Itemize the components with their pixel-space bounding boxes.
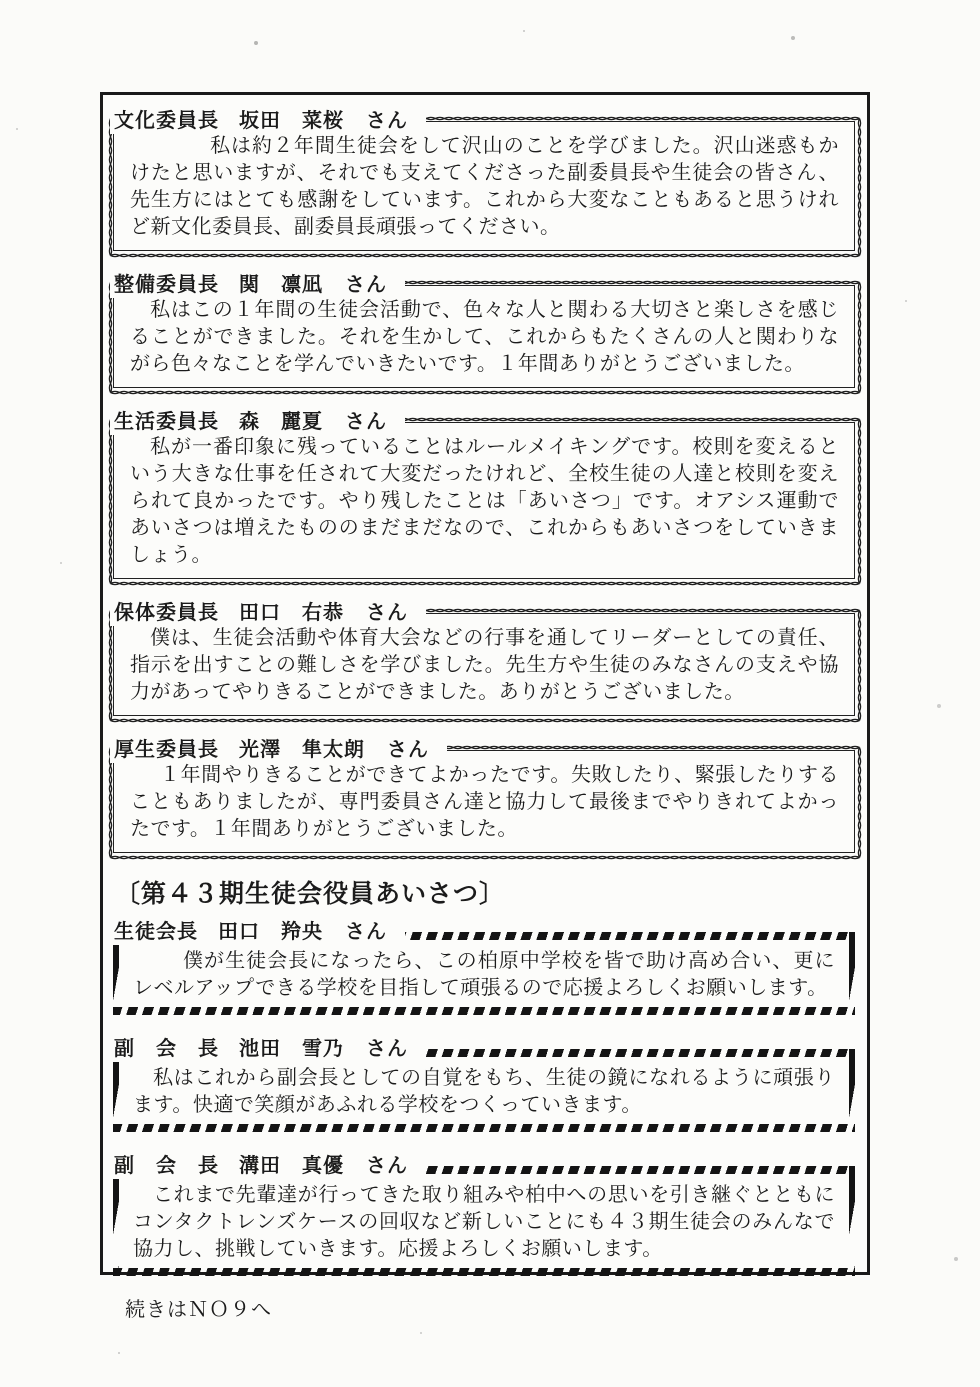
- new-officers-heading: 〔第４３期生徒会役員あいさつ〕: [115, 879, 867, 909]
- farewell-section-kosei: 厚生委員長光澤 隼太朗さん １年間やりきることができてよかったです。失敗したり、…: [113, 737, 855, 853]
- honorific: さん: [366, 1155, 408, 1177]
- farewell-section-seikatsu: 生活委員長森 麗夏さん 私が一番印象に残っていることはルールメイキングです。校則…: [113, 409, 855, 579]
- message-box: 私が一番印象に残っていることはルールメイキングです。校則を変えるという大きな仕事…: [113, 422, 855, 579]
- message-box: 私は約２年間生徒会をして沢山のことを学びました。沢山迷惑もかけたと思いますが、そ…: [113, 121, 855, 251]
- role-label: 厚生委員長: [114, 739, 219, 761]
- section-title: 整備委員長関 凛凪さん: [110, 272, 405, 298]
- person-name: 池田 雪乃: [239, 1038, 344, 1060]
- section-title: 副 会 長池田 雪乃さん: [110, 1036, 426, 1062]
- section-title-row: 生活委員長森 麗夏さん: [110, 409, 855, 435]
- honorific: さん: [345, 274, 387, 296]
- message-box: 私はこの１年間の生徒会活動で、色々な人と関わる大切さと楽しさを感じることができま…: [113, 285, 855, 388]
- continuation-note: 続きはＮＯ９へ: [125, 1297, 867, 1323]
- person-name: 田口 右恭: [239, 602, 344, 624]
- section-title-row: 生徒会長田口 羚央さん: [110, 919, 855, 945]
- section-title: 保体委員長田口 右恭さん: [110, 600, 426, 626]
- section-title-row: 文化委員長坂田 菜桜さん: [110, 108, 855, 134]
- message-text: 私はこれから副会長としての自覚をもち、生徒の鏡になれるように頑張ります。快適で笑…: [133, 1065, 835, 1119]
- message-box: これまで先輩達が行ってきた取り組みや柏中への思いを引き継ぐとともにコンタクトレン…: [113, 1166, 855, 1276]
- section-title: 生徒会長田口 羚央さん: [110, 919, 405, 945]
- honorific: さん: [387, 739, 429, 761]
- section-title-row: 厚生委員長光澤 隼太朗さん: [110, 737, 855, 763]
- message-text: 僕は、生徒会活動や体育大会などの行事を通してリーダーとしての責任、指示を出すこと…: [130, 625, 839, 706]
- person-name: 坂田 菜桜: [239, 110, 344, 132]
- farewell-section-seibi: 整備委員長関 凛凪さん 私はこの１年間の生徒会活動で、色々な人と関わる大切さと楽…: [113, 272, 855, 388]
- honorific: さん: [366, 110, 408, 132]
- honorific: さん: [366, 602, 408, 624]
- farewell-section-hotai: 保体委員長田口 右恭さん 僕は、生徒会活動や体育大会などの行事を通してリーダーと…: [113, 600, 855, 716]
- page-frame: 文化委員長坂田 菜桜さん 私は約２年間生徒会をして沢山のことを学びました。沢山迷…: [100, 92, 870, 1275]
- greeting-section-fukukaicho-mizota: 副 会 長溝田 真優さん これまで先輩達が行ってきた取り組みや柏中への思いを引き…: [113, 1153, 855, 1276]
- person-name: 田口 羚央: [218, 921, 323, 943]
- section-title: 文化委員長坂田 菜桜さん: [110, 108, 426, 134]
- honorific: さん: [345, 411, 387, 433]
- person-name: 溝田 真優: [239, 1155, 344, 1177]
- greeting-section-fukukaicho-ikeda: 副 会 長池田 雪乃さん 私はこれから副会長としての自覚をもち、生徒の鏡になれる…: [113, 1036, 855, 1132]
- message-text: 私が一番印象に残っていることはルールメイキングです。校則を変えるという大きな仕事…: [130, 434, 839, 569]
- role-label: 生活委員長: [114, 411, 219, 433]
- person-name: 光澤 隼太朗: [239, 739, 365, 761]
- role-label: 副 会 長: [114, 1038, 219, 1060]
- section-title: 生活委員長森 麗夏さん: [110, 409, 405, 435]
- message-text: １年間やりきることができてよかったです。失敗したり、緊張したりすることもありまし…: [130, 762, 839, 843]
- section-title-row: 保体委員長田口 右恭さん: [110, 600, 855, 626]
- message-text: 私はこの１年間の生徒会活動で、色々な人と関わる大切さと楽しさを感じることができま…: [130, 297, 839, 378]
- section-title-row: 副 会 長溝田 真優さん: [110, 1153, 855, 1179]
- greeting-section-kaicho: 生徒会長田口 羚央さん 僕が生徒会長になったら、この柏原中学校を皆で助け高め合い…: [113, 919, 855, 1015]
- farewell-section-bunka: 文化委員長坂田 菜桜さん 私は約２年間生徒会をして沢山のことを学びました。沢山迷…: [113, 108, 855, 251]
- message-box: 僕は、生徒会活動や体育大会などの行事を通してリーダーとしての責任、指示を出すこと…: [113, 613, 855, 716]
- honorific: さん: [345, 921, 387, 943]
- honorific: さん: [366, 1038, 408, 1060]
- role-label: 整備委員長: [114, 274, 219, 296]
- section-title-row: 副 会 長池田 雪乃さん: [110, 1036, 855, 1062]
- message-text: これまで先輩達が行ってきた取り組みや柏中への思いを引き継ぐとともにコンタクトレン…: [133, 1182, 835, 1263]
- role-label: 保体委員長: [114, 602, 219, 624]
- message-box: １年間やりきることができてよかったです。失敗したり、緊張したりすることもありまし…: [113, 750, 855, 853]
- role-label: 文化委員長: [114, 110, 219, 132]
- person-name: 関 凛凪: [239, 274, 323, 296]
- role-label: 副 会 長: [114, 1155, 219, 1177]
- section-title-row: 整備委員長関 凛凪さん: [110, 272, 855, 298]
- message-text: 私は約２年間生徒会をして沢山のことを学びました。沢山迷惑もかけたと思いますが、そ…: [130, 133, 839, 241]
- person-name: 森 麗夏: [239, 411, 323, 433]
- scan-speckles: [0, 0, 2, 2]
- role-label: 生徒会長: [114, 921, 198, 943]
- section-title: 副 会 長溝田 真優さん: [110, 1153, 426, 1179]
- message-text: 僕が生徒会長になったら、この柏原中学校を皆で助け高め合い、更にレベルアップできる…: [133, 948, 835, 1002]
- section-title: 厚生委員長光澤 隼太朗さん: [110, 737, 447, 763]
